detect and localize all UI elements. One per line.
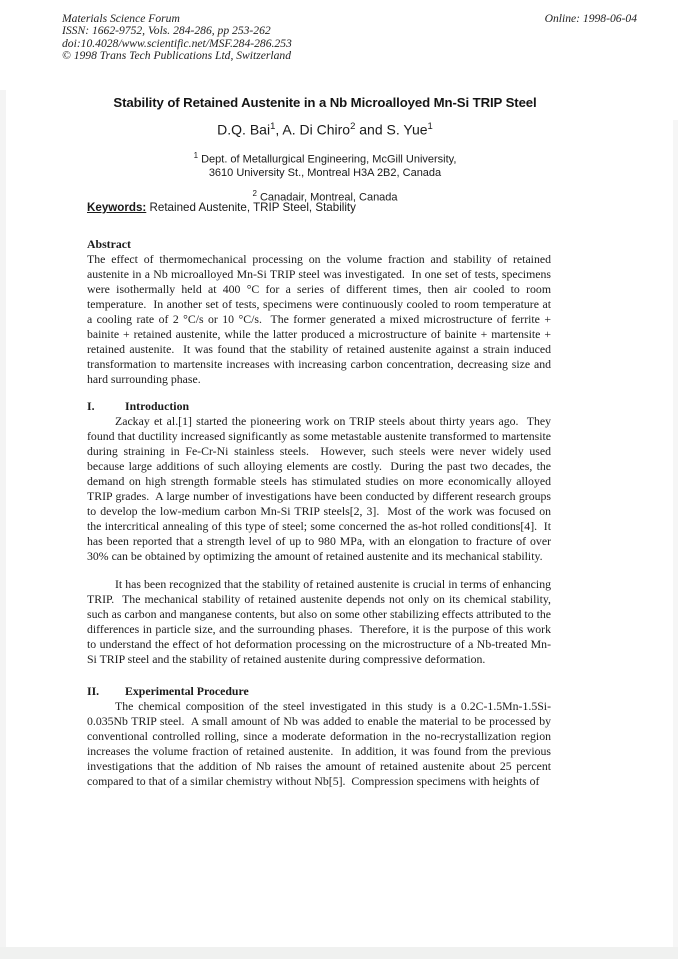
author-3-affiliation-mark: 1 [428,121,433,132]
section-2-heading: II.Experimental Procedure [87,684,551,699]
affiliations-block: 1 Dept. of Metallurgical Engineering, Mc… [60,149,590,205]
author-1: D.Q. Bai [217,122,270,138]
body-paragraph: Zackay et al.[1] started the pioneering … [87,414,551,564]
authors-line: D.Q. Bai1, A. Di Chiro2 and S. Yue1 [60,121,590,138]
abstract-text: The effect of thermomechanical processin… [87,252,551,387]
author-3: and S. Yue [355,122,427,138]
issn-line: ISSN: 1662-9752, Vols. 284-286, pp 253-2… [62,25,292,37]
keywords-list: Retained Austenite, TRIP Steel, Stabilit… [146,201,356,214]
section-introduction: I.Introduction Zackay et al.[1] started … [87,399,551,667]
scan-edge-bottom [0,947,678,959]
section-experimental-procedure: II.Experimental Procedure The chemical c… [87,684,551,789]
paper-title: Stability of Retained Austenite in a Nb … [60,95,590,110]
keywords-label: Keywords: [87,201,146,214]
section-2-title: Experimental Procedure [125,684,249,698]
affiliation-1: 1 Dept. of Metallurgical Engineering, Mc… [60,149,590,181]
abstract-heading: Abstract [87,237,551,252]
online-date: Online: 1998-06-04 [545,13,637,25]
body-content: Abstract The effect of thermomechanical … [87,237,551,789]
section-1-heading: I.Introduction [87,399,551,414]
section-2-number: II. [87,684,125,699]
body-paragraph: It has been recognized that the stabilit… [87,577,551,667]
body-paragraph: The chemical composition of the steel in… [87,699,551,789]
copyright-line: © 1998 Trans Tech Publications Ltd, Swit… [62,50,292,62]
section-1-title: Introduction [125,399,189,413]
affiliation-1-line-2: 3610 University St., Montreal H3A 2B2, C… [209,167,441,179]
affiliation-1-line-1: Dept. of Metallurgical Engineering, McGi… [201,154,456,166]
affiliation-1-mark: 1 [194,151,198,160]
document-page: Materials Science Forum ISSN: 1662-9752,… [0,0,678,959]
scan-edge-left [0,90,6,959]
keywords-line: Keywords: Retained Austenite, TRIP Steel… [87,201,356,214]
author-2: , A. Di Chiro [275,122,350,138]
publisher-header: Materials Science Forum ISSN: 1662-9752,… [62,13,292,63]
affiliation-2-mark: 2 [252,189,256,198]
scan-edge-right [673,120,678,959]
section-1-number: I. [87,399,125,414]
